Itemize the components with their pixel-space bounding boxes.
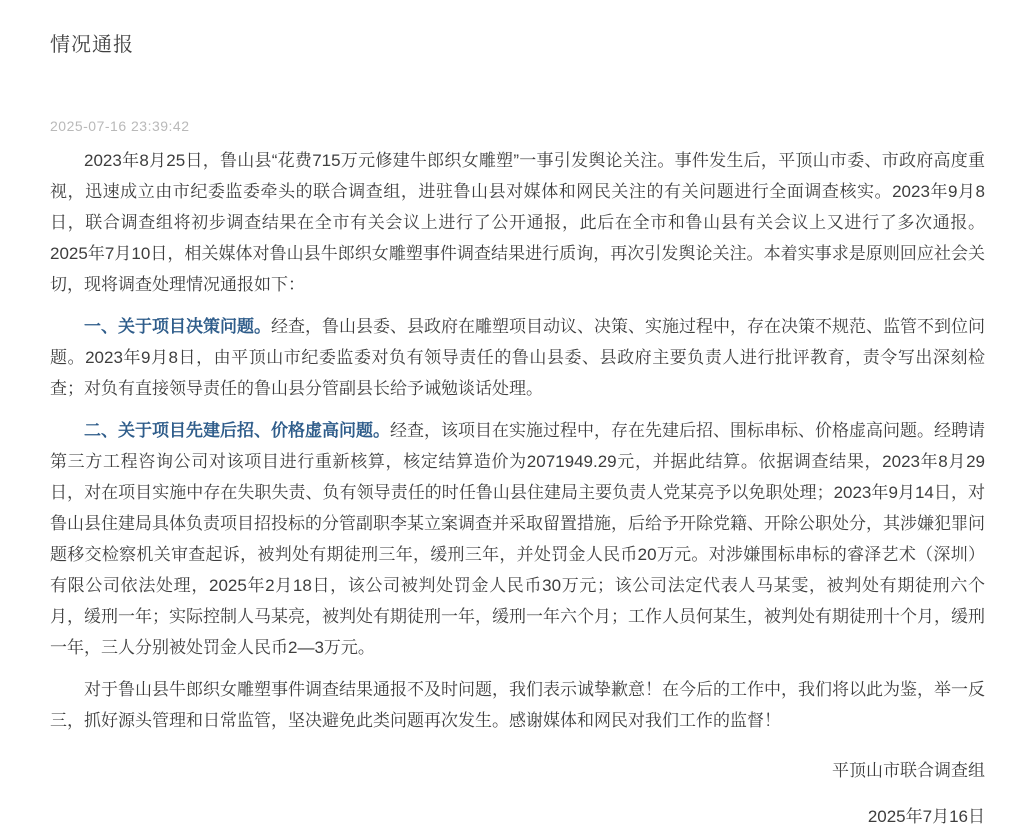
- section-2-heading: 二、关于项目先建后招、价格虚高问题。: [84, 421, 390, 440]
- section-1-paragraph: 一、关于项目决策问题。经查，鲁山县委、县政府在雕塑项目动议、决策、实施过程中，存…: [50, 311, 985, 404]
- signature: 平顶山市联合调查组: [50, 755, 985, 786]
- closing-paragraph: 对于鲁山县牛郎织女雕塑事件调查结果通报不及时问题，我们表示诚挚歉意！在今后的工作…: [50, 674, 985, 736]
- section-1-heading: 一、关于项目决策问题。: [84, 317, 271, 336]
- signature-block: 平顶山市联合调查组 2025年7月16日: [50, 755, 985, 828]
- page-title: 情况通报: [50, 28, 985, 57]
- intro-paragraph: 2023年8月25日，鲁山县“花费715万元修建牛郎织女雕塑”一事引发舆论关注。…: [50, 145, 985, 300]
- announcement-page: 情况通报 2025-07-16 23:39:42 2023年8月25日，鲁山县“…: [0, 0, 1024, 828]
- report-date: 2025年7月16日: [50, 801, 985, 828]
- publish-timestamp: 2025-07-16 23:39:42: [50, 118, 985, 134]
- section-2-text: 经查，该项目在实施过程中，存在先建后招、围标串标、价格虚高问题。经聘请第三方工程…: [50, 421, 985, 657]
- section-2-paragraph: 二、关于项目先建后招、价格虚高问题。经查，该项目在实施过程中，存在先建后招、围标…: [50, 415, 985, 663]
- article-body: 2023年8月25日，鲁山县“花费715万元修建牛郎织女雕塑”一事引发舆论关注。…: [50, 145, 985, 828]
